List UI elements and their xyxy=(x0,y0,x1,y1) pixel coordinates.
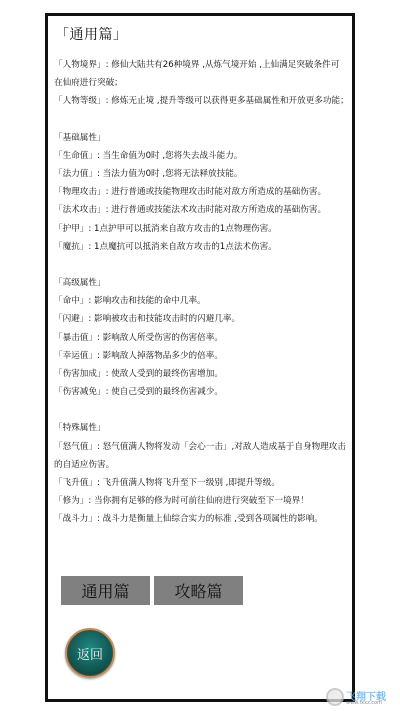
tab-strategy[interactable]: 攻略篇 xyxy=(154,576,243,605)
watermark-icon xyxy=(326,688,344,706)
list-item: 「生命值」: 当生命值为0时 ,您将失去战斗能力。 xyxy=(54,147,354,165)
intro-line: 在仙府进行突破； xyxy=(54,74,354,92)
list-item: 「伤害加成」: 使敌人受到的最终伤害增加。 xyxy=(54,365,354,383)
intro-line: 「人物等级」: 修炼无止境 ,提升等级可以获得更多基础属性和开放更多功能； xyxy=(54,92,354,110)
list-item: 「法术攻击」: 进行普通或技能法术攻击时能对敌方所造成的基础伤害。 xyxy=(54,201,354,219)
list-item: 「法力值」: 当法力值为0时 ,您将无法释放技能。 xyxy=(54,165,354,183)
list-item: 「飞升值」: 飞升值满人物将飞升至下一级别 ,即提升等级。 xyxy=(54,474,354,492)
list-item: 「伤害减免」: 使自己受到的最终伤害减少。 xyxy=(54,383,354,401)
list-item: 「闪避」: 影响被攻击和技能攻击时的闪避几率。 xyxy=(54,310,354,328)
list-item: 「暴击值」: 影响敌人所受伤害的伤害倍率。 xyxy=(54,329,354,347)
watermark-logo: 飞翔下载 www.fxxz.com xyxy=(326,688,400,708)
list-item: 的自适应伤害。 xyxy=(54,456,354,474)
section-heading-basic: 「基础属性」 xyxy=(54,129,354,147)
list-item: 「护甲」: 1点护甲可以抵消来自敌方攻击的1点物理伤害。 xyxy=(54,220,354,238)
list-item: 「物理攻击」: 进行普通或技能物理攻击时能对敌方所造成的基础伤害。 xyxy=(54,183,354,201)
list-item: 「战斗力」: 战斗力是衡量上仙综合实力的标准 ,受到各项属性的影响。 xyxy=(54,510,354,528)
section-heading-advanced: 「高级属性」 xyxy=(54,274,354,292)
guide-panel: 「通用篇」 「人物境界」: 修仙大陆共有26种境界 ,从炼气境开始 ,上仙满足突… xyxy=(45,13,355,702)
guide-content: 「人物境界」: 修仙大陆共有26种境界 ,从炼气境开始 ,上仙满足突破条件可 在… xyxy=(54,56,354,529)
intro-line: 「人物境界」: 修仙大陆共有26种境界 ,从炼气境开始 ,上仙满足突破条件可 xyxy=(54,56,354,74)
list-item: 「幸运值」: 影响敌人掉落物品多少的倍率。 xyxy=(54,347,354,365)
page-title: 「通用篇」 xyxy=(55,24,128,44)
list-item: 「怒气值」: 怒气值满人物将发动「会心一击」,对敌人造成基于自身物理攻击 xyxy=(54,438,354,456)
section-heading-special: 「特殊属性」 xyxy=(54,419,354,437)
tab-general[interactable]: 通用篇 xyxy=(61,576,150,605)
guide-tabs: 通用篇 攻略篇 xyxy=(61,576,243,605)
watermark-subtext: www.fxxz.com xyxy=(346,700,382,706)
back-button[interactable]: 返回 xyxy=(65,628,115,678)
list-item: 「修为」: 当你拥有足够的修为时可前往仙府进行突破至下一境界！ xyxy=(54,492,354,510)
list-item: 「魔抗」: 1点魔抗可以抵消来自敌方攻击的1点法术伤害。 xyxy=(54,238,354,256)
list-item: 「命中」: 影响攻击和技能的命中几率。 xyxy=(54,292,354,310)
